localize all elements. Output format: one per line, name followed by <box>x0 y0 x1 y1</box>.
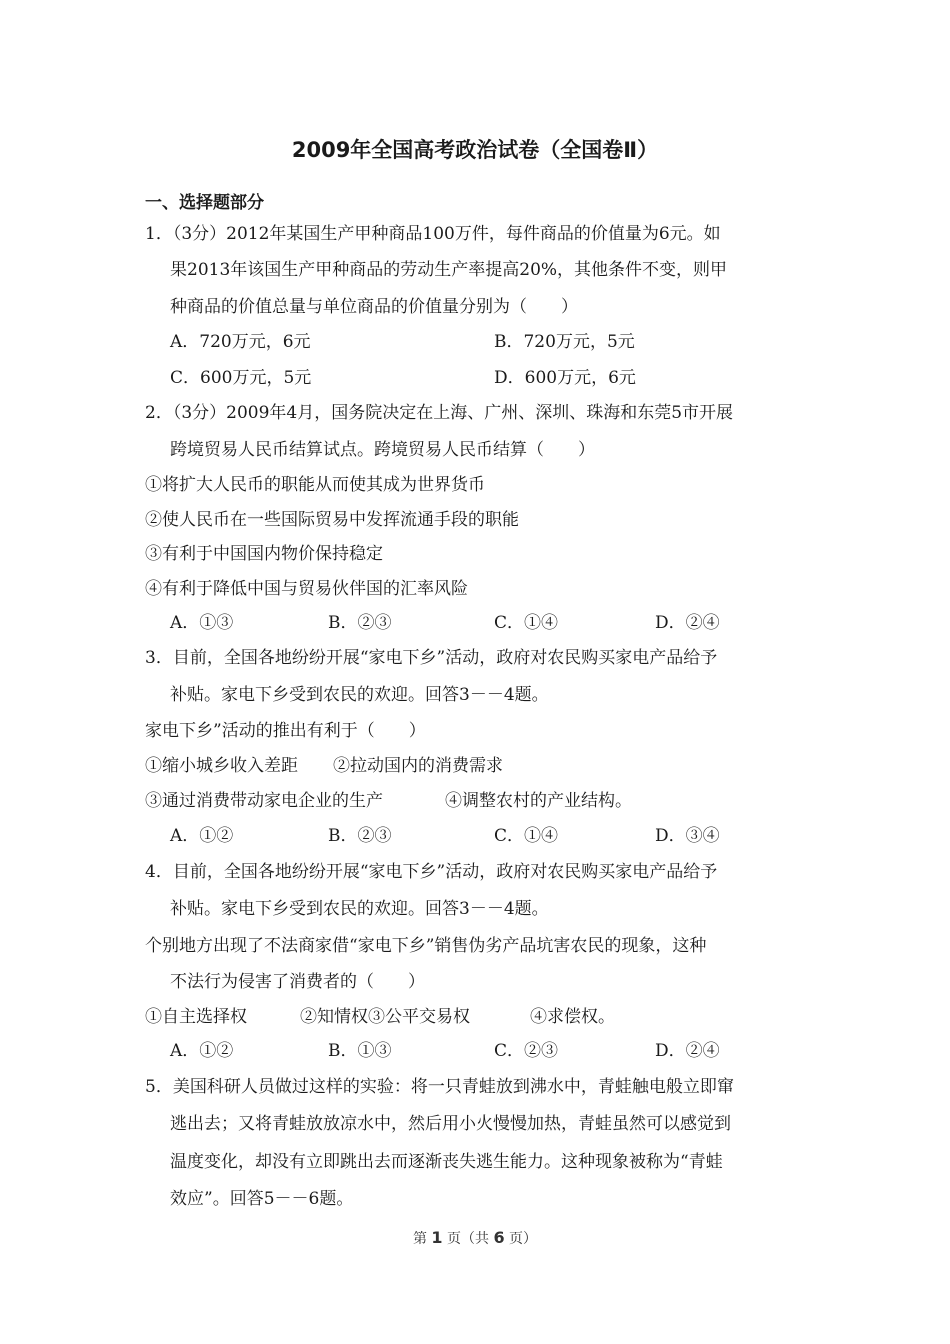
question-3-option-a[interactable]: A．①② <box>170 825 233 847</box>
question-2-item: ③有利于中国国内物价保持稳定 <box>145 543 383 565</box>
question-1-line: 果2013年该国生产甲种商品的劳动生产率提高20%，其他条件不变，则甲 <box>170 259 727 281</box>
question-1-option-c[interactable]: C．600万元，5元 <box>170 367 311 389</box>
question-2-option-d[interactable]: D．②④ <box>655 612 720 634</box>
question-1-line: 种商品的价值总量与单位商品的价值量分别为（ ） <box>170 296 578 318</box>
question-1-line: 1．（3分）2012年某国生产甲种商品100万件，每件商品的价值量为6元。如 <box>145 223 721 245</box>
footer-prefix: 第 <box>413 1231 427 1247</box>
question-2-line: 2．（3分）2009年4月，国务院决定在上海、广州、深圳、珠海和东莞5市开展 <box>145 402 733 424</box>
footer-mid: 页（共 <box>447 1231 489 1247</box>
section-heading: 一、选择题部分 <box>145 188 264 213</box>
question-4-option-c[interactable]: C．②③ <box>494 1040 558 1062</box>
question-3-item: ④调整农村的产业结构。 <box>445 790 632 812</box>
question-4-line: 4．目前，全国各地纷纷开展“家电下乡”活动，政府对农民购买家电产品给予 <box>145 861 717 883</box>
footer-suffix: 页） <box>509 1231 537 1247</box>
question-2-option-c[interactable]: C．①④ <box>494 612 558 634</box>
question-2-option-b[interactable]: B．②③ <box>328 612 392 634</box>
question-3-line: 3．目前，全国各地纷纷开展“家电下乡”活动，政府对农民购买家电产品给予 <box>145 647 717 669</box>
question-3-item: ①缩小城乡收入差距 <box>145 755 298 777</box>
question-3-line: 补贴。家电下乡受到农民的欢迎。回答3－－4题。 <box>170 684 549 706</box>
question-1-option-a[interactable]: A．720万元，6元 <box>170 331 311 353</box>
exam-page: 2009年全国高考政治试卷（全国卷Ⅱ） 一、选择题部分 1．（3分）2012年某… <box>0 0 950 1344</box>
question-5-line: 5．美国科研人员做过这样的实验：将一只青蛙放到沸水中，青蛙触电般立即窜 <box>145 1076 734 1098</box>
question-4-item: ①自主选择权 <box>145 1006 247 1028</box>
question-3-option-d[interactable]: D．③④ <box>655 825 720 847</box>
page-title: 2009年全国高考政治试卷（全国卷Ⅱ） <box>0 134 950 164</box>
question-2-option-a[interactable]: A．①③ <box>170 612 233 634</box>
question-2-item: ④有利于降低中国与贸易伙伴国的汇率风险 <box>145 578 468 600</box>
question-4-option-a[interactable]: A．①② <box>170 1040 233 1062</box>
question-5-line: 温度变化，却没有立即跳出去而逐渐丧失逃生能力。这种现象被称为“青蛙 <box>170 1151 723 1173</box>
question-4-stem: 不法行为侵害了消费者的（ ） <box>170 971 425 993</box>
question-4-line: 补贴。家电下乡受到农民的欢迎。回答3－－4题。 <box>170 898 549 920</box>
question-3-item: ③通过消费带动家电企业的生产 <box>145 790 383 812</box>
question-4-option-d[interactable]: D．②④ <box>655 1040 720 1062</box>
question-3-option-c[interactable]: C．①④ <box>494 825 558 847</box>
page-footer: 第 1 页（共 6 页） <box>0 1228 950 1248</box>
question-4-stem: 个别地方出现了不法商家借“家电下乡”销售伪劣产品坑害农民的现象，这种 <box>145 935 706 957</box>
question-2-item: ②使人民币在一些国际贸易中发挥流通手段的职能 <box>145 509 519 531</box>
total-page-number: 6 <box>493 1228 504 1247</box>
current-page-number: 1 <box>431 1228 442 1247</box>
question-4-option-b[interactable]: B．①③ <box>328 1040 392 1062</box>
question-2-line: 跨境贸易人民币结算试点。跨境贸易人民币结算（ ） <box>170 439 595 461</box>
question-3-stem: 家电下乡”活动的推出有利于（ ） <box>145 720 426 742</box>
question-3-option-b[interactable]: B．②③ <box>328 825 392 847</box>
question-5-line: 效应”。回答5－－6题。 <box>170 1188 353 1210</box>
question-1-option-d[interactable]: D．600万元，6元 <box>494 367 636 389</box>
question-4-item: ④求偿权。 <box>530 1006 615 1028</box>
question-5-line: 逃出去；又将青蛙放放凉水中，然后用小火慢慢加热，青蛙虽然可以感觉到 <box>170 1113 731 1135</box>
question-2-item: ①将扩大人民币的职能从而使其成为世界货币 <box>145 474 485 496</box>
question-3-item: ②拉动国内的消费需求 <box>333 755 503 777</box>
question-1-option-b[interactable]: B．720万元，5元 <box>494 331 635 353</box>
question-4-item: ②知情权③公平交易权 <box>300 1006 470 1028</box>
